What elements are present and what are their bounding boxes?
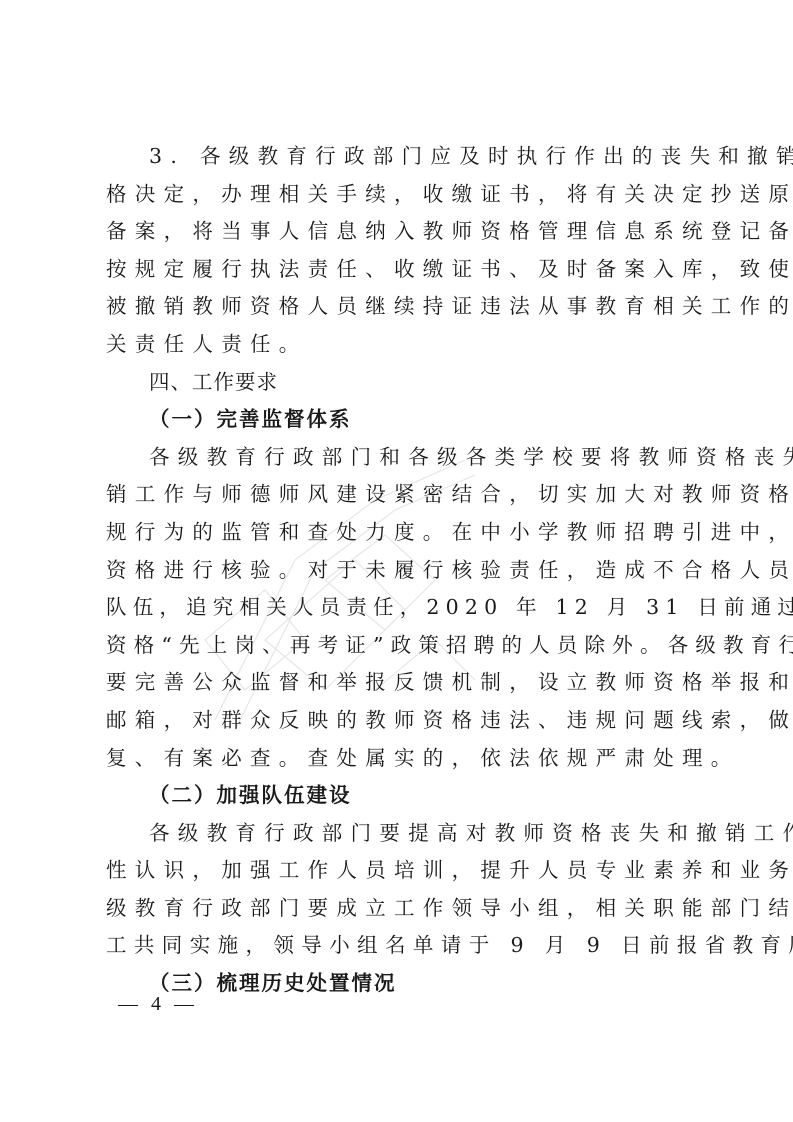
paragraph-line: 工共同实施，领导小组名单请于 9 月 9 日前报省教育厅。 <box>106 927 706 965</box>
paragraph-line: 性认识，加强工作人员培训，提升人员专业素养和业务能力。市 <box>106 852 706 890</box>
paragraph-line: 格决定，办理相关手续，收缴证书，将有关决定抄送原发证机关 <box>106 176 706 214</box>
paragraph-line: 队伍，追究相关人员责任，2020 年 12 月 31 日前通过中小学教师 <box>106 589 706 627</box>
paragraph-line: 关责任人责任。 <box>106 326 706 364</box>
paragraph-line: 备案，将当事人信息纳入教师资格管理信息系统登记备案。因未 <box>106 213 706 251</box>
paragraph-line: 资格“先上岗、再考证”政策招聘的人员除外。各级教育行政部门 <box>106 627 706 665</box>
paragraph-line: 邮箱，对群众反映的教师资格违法、违规问题线索，做到有诉必 <box>106 702 706 740</box>
paragraph-line: 级教育行政部门要成立工作领导小组，相关职能部门结合自身分 <box>106 890 706 928</box>
subsection-heading: （一）完善监督体系 <box>106 401 706 439</box>
paragraph-line: 各级教育行政部门要提高对教师资格丧失和撤销工作重要 <box>106 815 706 853</box>
document-page: 3. 各级教育行政部门应及时执行作出的丧失和撤销教师资 格决定，办理相关手续，收… <box>0 0 793 1122</box>
paragraph-line: 销工作与师德师风建设紧密结合，切实加大对教师资格违法、违 <box>106 476 706 514</box>
paragraph-line: 各级教育行政部门和各级各类学校要将教师资格丧失和撤 <box>106 439 706 477</box>
subsection-heading: （二）加强队伍建设 <box>106 777 706 815</box>
paragraph-line: 资格进行核验。对于未履行核验责任，造成不合格人员进入教师 <box>106 552 706 590</box>
paragraph-line: 复、有案必查。查处属实的，依法依规严肃处理。 <box>106 740 706 778</box>
paragraph-line: 3. 各级教育行政部门应及时执行作出的丧失和撤销教师资 <box>106 138 706 176</box>
paragraph-line: 规行为的监管和查处力度。在中小学教师招聘引进中，要对教师 <box>106 514 706 552</box>
page-number: — 4 — <box>118 993 198 1016</box>
body-text: 3. 各级教育行政部门应及时执行作出的丧失和撤销教师资 格决定，办理相关手续，收… <box>106 138 706 1003</box>
paragraph-line: 要完善公众监督和举报反馈机制，设立教师资格举报和监督受理 <box>106 664 706 702</box>
paragraph-line: 被撤销教师资格人员继续持证违法从事教育相关工作的，追究有 <box>106 288 706 326</box>
paragraph-line: 按规定履行执法责任、收缴证书、及时备案入库，致使丧失或已 <box>106 251 706 289</box>
section-heading: 四、工作要求 <box>106 364 706 402</box>
